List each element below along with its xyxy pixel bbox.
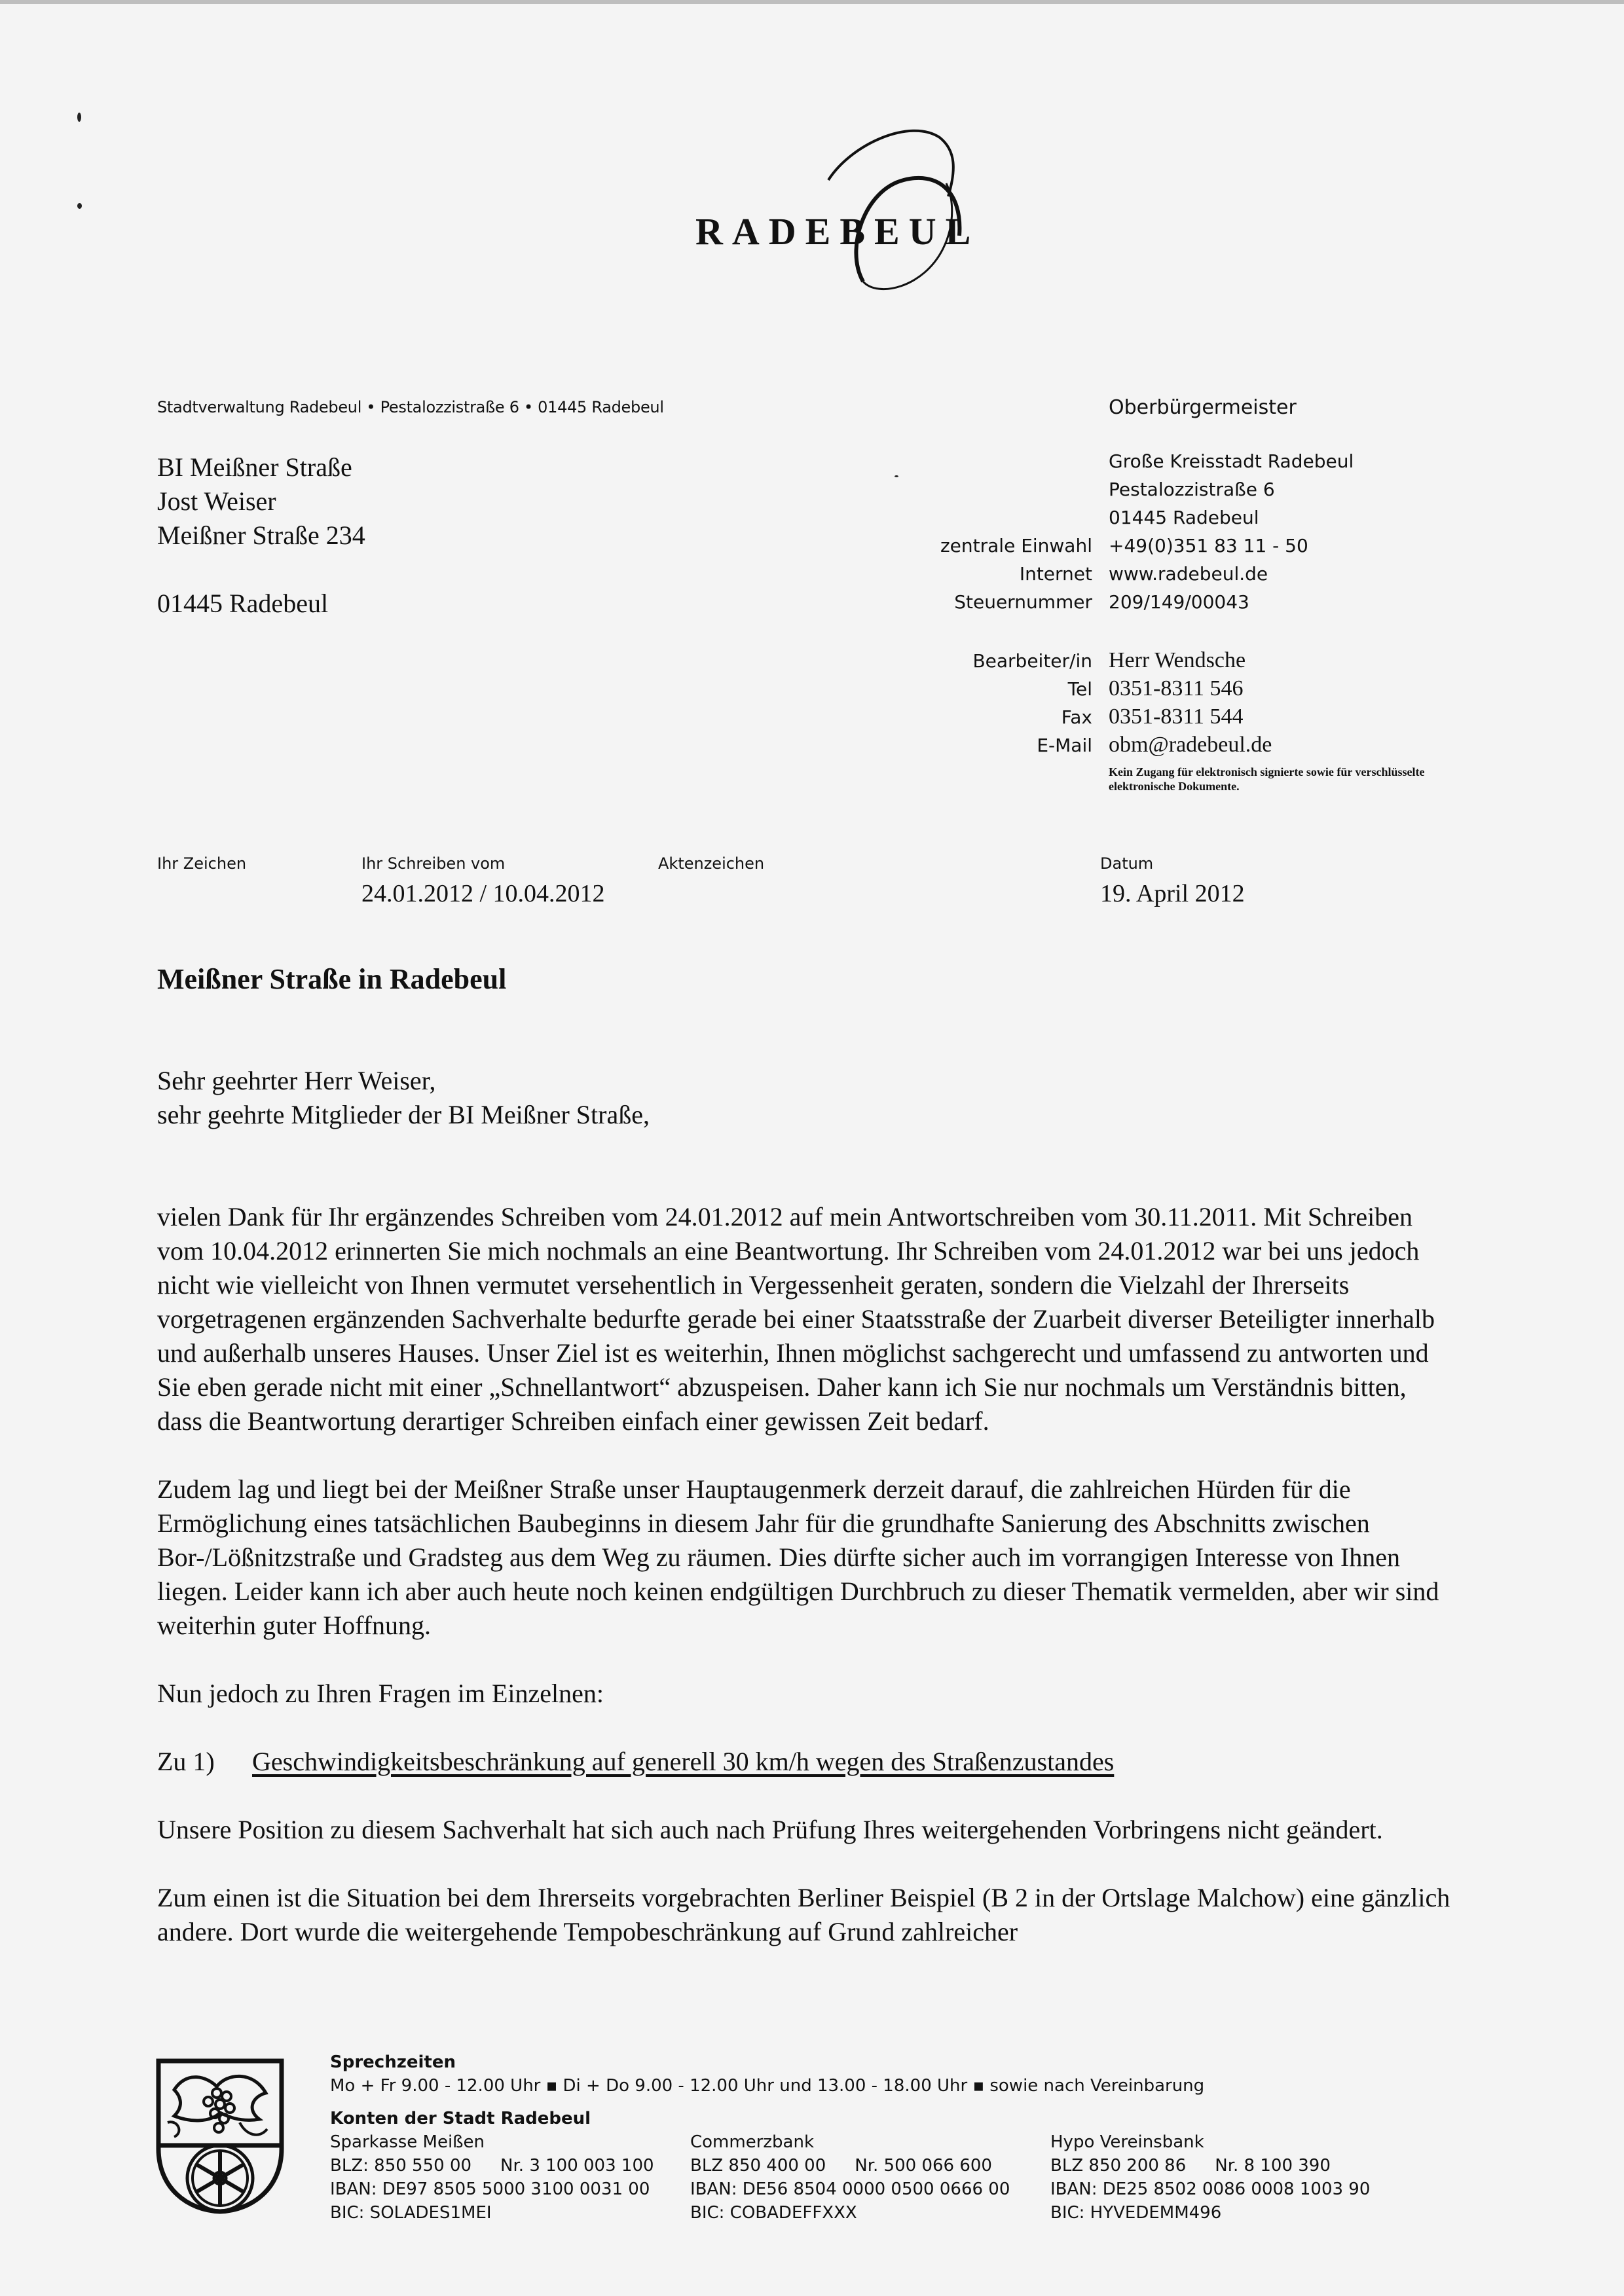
letter-body: Sehr geehrter Herr Weiser, sehr geehrte …	[157, 1064, 1454, 1949]
info-label: E-Mail	[851, 735, 1109, 756]
info-label: Steuernummer	[851, 591, 1109, 613]
datum-value: 19. April 2012	[1100, 879, 1245, 908]
bank-account: Sparkasse Meißen BLZ: 850 550 00Nr. 3 10…	[330, 2130, 690, 2225]
bank-blz: BLZ: 850 550 00	[330, 2156, 471, 2176]
sender-address-line: Pestalozzistraße 6	[1109, 479, 1275, 500]
sender-address-line: Große Kreisstadt Radebeul	[1109, 450, 1354, 472]
subject-line: Meißner Straße in Radebeul	[157, 962, 506, 996]
section-heading: Zu 1)Geschwindigkeitsbeschränkung auf ge…	[157, 1745, 1454, 1779]
bank-name: Hypo Vereinsbank	[1050, 2130, 1411, 2154]
paragraph: Unsere Position zu diesem Sachverhalt ha…	[157, 1813, 1454, 1847]
footer: Sprechzeiten Mo + Fr 9.00 - 12.00 Uhr ▪ …	[330, 2050, 1411, 2225]
datum-label: Datum	[1100, 854, 1153, 873]
bank-account-number: Nr. 3 100 003 100	[500, 2156, 654, 2176]
contact-note: Kein Zugang für elektronisch signierte s…	[1109, 765, 1449, 793]
ihr-schreiben-label: Ihr Schreiben vom	[361, 854, 505, 873]
return-address: Stadtverwaltung Radebeul • Pestalozzistr…	[157, 398, 664, 416]
bank-iban: IBAN: DE25 8502 0086 0008 1003 90	[1050, 2178, 1411, 2201]
sender-department: Oberbürgermeister	[1109, 396, 1297, 419]
bank-blz: BLZ 850 400 00	[690, 2156, 826, 2176]
clerk-phone: 0351-8311 546	[1109, 676, 1244, 701]
clerk-name: Herr Wendsche	[1109, 648, 1246, 673]
office-hours: Mo + Fr 9.00 - 12.00 Uhr ▪ Di + Do 9.00 …	[330, 2074, 1411, 2098]
bank-account-number: Nr. 8 100 390	[1215, 2156, 1331, 2176]
recipient-line: Meißner Straße 234	[157, 519, 365, 553]
logo-text: RADEBEUL	[695, 210, 980, 253]
sender-address-line: 01445 Radebeul	[1109, 507, 1259, 528]
ihr-schreiben-value: 24.01.2012 / 10.04.2012	[361, 879, 605, 908]
section-title: Geschwindigkeitsbeschränkung auf generel…	[252, 1747, 1114, 1776]
bank-bic: BIC: SOLADES1MEI	[330, 2201, 690, 2225]
paragraph: Nun jedoch zu Ihren Fragen im Einzelnen:	[157, 1677, 1454, 1711]
scan-speck	[77, 203, 82, 209]
info-label: Internet	[851, 563, 1109, 585]
section-number: Zu 1)	[157, 1745, 252, 1779]
bank-iban: IBAN: DE56 8504 0000 0500 0666 00	[690, 2178, 1050, 2201]
website-link[interactable]: www.radebeul.de	[1109, 563, 1268, 585]
clerk-fax: 0351-8311 544	[1109, 704, 1244, 729]
tax-number: 209/149/00043	[1109, 591, 1249, 613]
bank-iban: IBAN: DE97 8505 5000 3100 0031 00	[330, 2178, 690, 2201]
salutation: Sehr geehrter Herr Weiser,	[157, 1064, 1454, 1098]
bank-name: Commerzbank	[690, 2130, 1050, 2154]
bank-account: Hypo Vereinsbank BLZ 850 200 86Nr. 8 100…	[1050, 2130, 1411, 2225]
paragraph: Zudem lag und liegt bei der Meißner Stra…	[157, 1472, 1454, 1643]
info-label: zentrale Einwahl	[851, 535, 1109, 556]
paragraph: vielen Dank für Ihr ergänzendes Schreibe…	[157, 1200, 1454, 1438]
bank-account: Commerzbank BLZ 850 400 00Nr. 500 066 60…	[690, 2130, 1050, 2225]
sender-info: Große Kreisstadt Radebeul Pestalozzistra…	[851, 450, 1354, 619]
bank-blz: BLZ 850 200 86	[1050, 2156, 1186, 2176]
coat-of-arms-icon	[155, 2057, 286, 2214]
recipient-address: BI Meißner Straße Jost Weiser Meißner St…	[157, 450, 365, 621]
phone-central: +49(0)351 83 11 - 50	[1109, 535, 1308, 556]
bank-account-number: Nr. 500 066 600	[855, 2156, 992, 2176]
bank-accounts: Sparkasse Meißen BLZ: 850 550 00Nr. 3 10…	[330, 2130, 1411, 2225]
info-label: Tel	[851, 678, 1109, 700]
accounts-title: Konten der Stadt Radebeul	[330, 2107, 1411, 2130]
recipient-city: 01445 Radebeul	[157, 587, 365, 621]
paragraph: Zum einen ist die Situation bei dem Ihre…	[157, 1881, 1454, 1949]
bank-bic: BIC: HYVEDEMM496	[1050, 2201, 1411, 2225]
radebeul-logo: RADEBEUL	[629, 118, 1100, 301]
scan-edge	[0, 0, 1624, 4]
email-link[interactable]: obm@radebeul.de	[1109, 733, 1272, 757]
bank-name: Sparkasse Meißen	[330, 2130, 690, 2154]
bank-bic: BIC: COBADEFFXXX	[690, 2201, 1050, 2225]
salutation: sehr geehrte Mitglieder der BI Meißner S…	[157, 1098, 1454, 1132]
recipient-line: Jost Weiser	[157, 484, 365, 519]
contact-info: Bearbeiter/inHerr Wendsche Tel0351-8311 …	[851, 648, 1272, 761]
info-label: Fax	[851, 706, 1109, 728]
info-label: Bearbeiter/in	[851, 650, 1109, 672]
office-hours-title: Sprechzeiten	[330, 2050, 1411, 2074]
aktenzeichen-label: Aktenzeichen	[658, 854, 764, 873]
ihr-zeichen-label: Ihr Zeichen	[157, 854, 246, 873]
scan-speck	[77, 113, 81, 122]
recipient-line: BI Meißner Straße	[157, 450, 365, 484]
